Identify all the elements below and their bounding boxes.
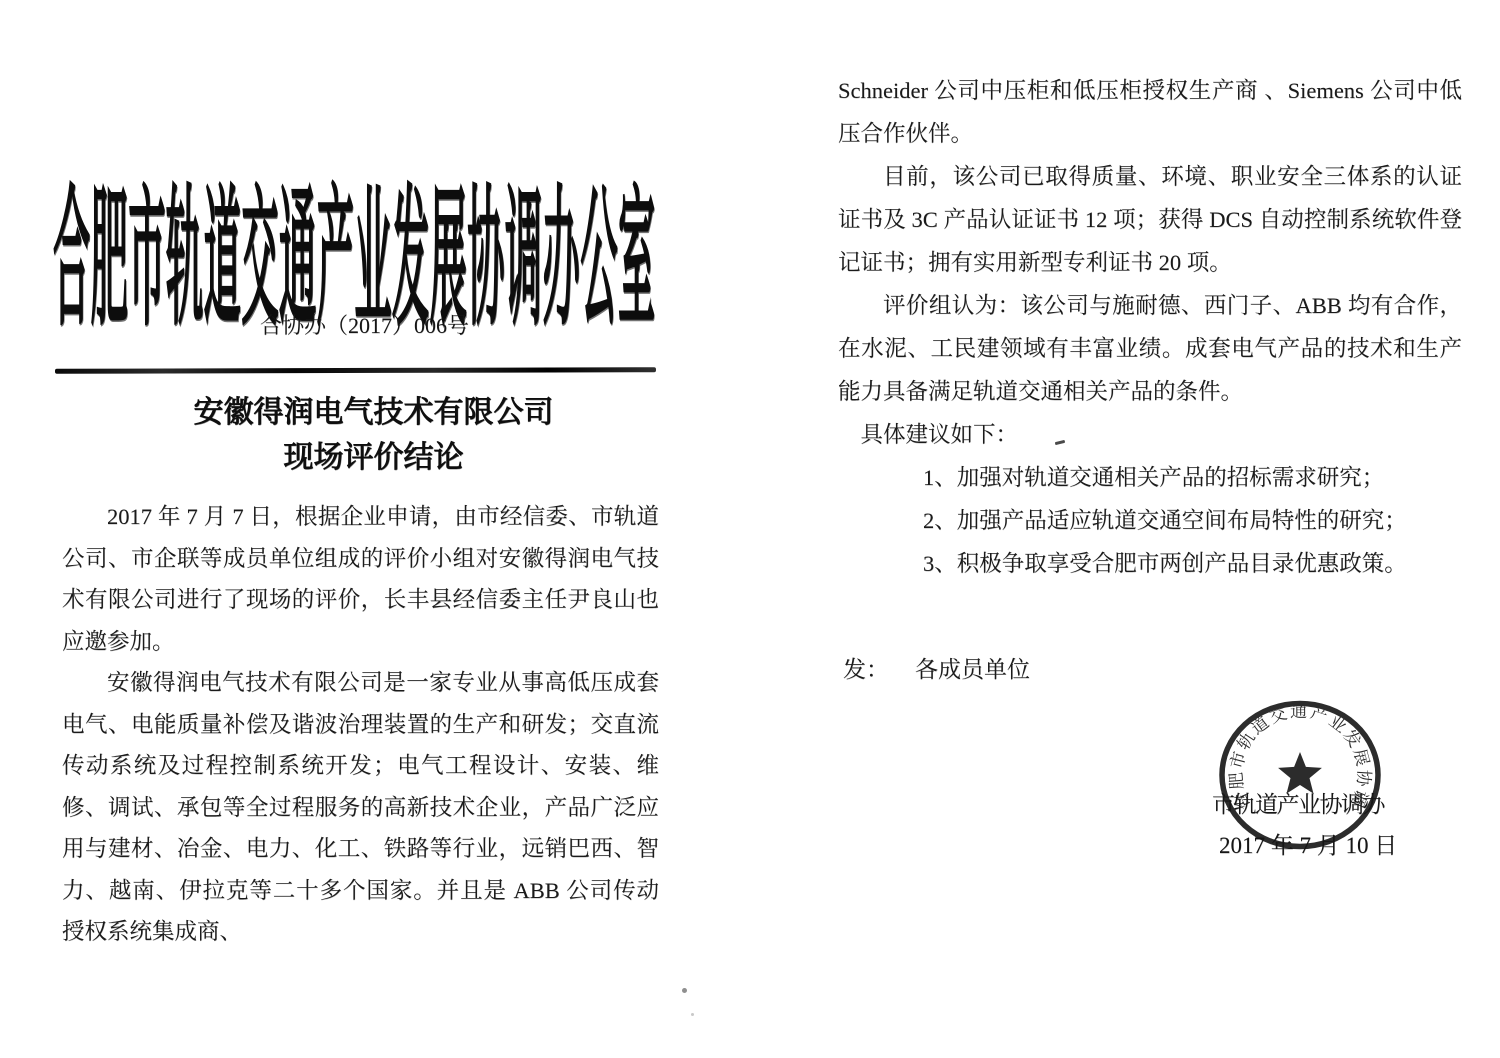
document-title-line1: 安徽得润电气技术有限公司 xyxy=(88,390,659,435)
paragraph-opening: 2017 年 7 月 7 日，根据企业申请，由市经信委、市轨道公司、市企联等成员… xyxy=(62,496,659,662)
recommendation-item-3: 3、积极争取享受合肥市两创产品目录优惠政策。 xyxy=(838,542,1462,585)
distribution-label: 发： xyxy=(843,657,889,682)
recommendation-item-2: 2、加强产品适应轨道交通空间布局特性的研究； xyxy=(838,499,1462,542)
document-number: 合协办（2017）006号 xyxy=(62,312,659,339)
issuing-office-signature: 市轨道产业协调办 xyxy=(1212,786,1384,819)
recommendations-heading: 具体建议如下： xyxy=(838,413,1462,456)
scan-speck xyxy=(682,988,687,993)
distribution-value: 各成员单位 xyxy=(915,657,1030,682)
right-page-body: Schneider 公司中压柜和低压柜授权生产商 、Siemens 公司中低压合… xyxy=(838,69,1462,585)
issue-date: 2017 年 7 月 10 日 xyxy=(1219,827,1397,860)
paragraph-evaluation: 评价组认为：该公司与施耐德、西门子、ABB 均有合作，在水泥、工民建领域有丰富业… xyxy=(838,284,1462,413)
recommendation-item-1: 1、加强对轨道交通相关产品的招标需求研究； xyxy=(838,456,1462,499)
distribution-line: 发：各成员单位 xyxy=(843,655,1030,685)
document-title-line2: 现场评价结论 xyxy=(88,435,659,480)
page-left: 合肥市轨道交通产业发展协调办公室 合协办（2017）006号 安徽得润电气技术有… xyxy=(62,0,659,1058)
page-right: Schneider 公司中压柜和低压柜授权生产商 、Siemens 公司中低压合… xyxy=(838,0,1462,1058)
scanned-document: 合肥市轨道交通产业发展协调办公室 合协办（2017）006号 安徽得润电气技术有… xyxy=(0,0,1500,1058)
paragraph-continued: Schneider 公司中压柜和低压柜授权生产商 、Siemens 公司中低压合… xyxy=(838,69,1462,155)
paragraph-certifications: 目前，该公司已取得质量、环境、职业安全三体系的认证证书及 3C 产品认证证书 1… xyxy=(838,155,1462,284)
letterhead-divider xyxy=(55,367,656,374)
document-title: 安徽得润电气技术有限公司 现场评价结论 xyxy=(62,390,659,480)
left-page-body: 2017 年 7 月 7 日，根据企业申请，由市经信委、市轨道公司、市企联等成员… xyxy=(62,496,659,953)
paragraph-company-intro: 安徽得润电气技术有限公司是一家专业从事高低压成套电气、电能质量补偿及谐波治理装置… xyxy=(62,662,659,953)
